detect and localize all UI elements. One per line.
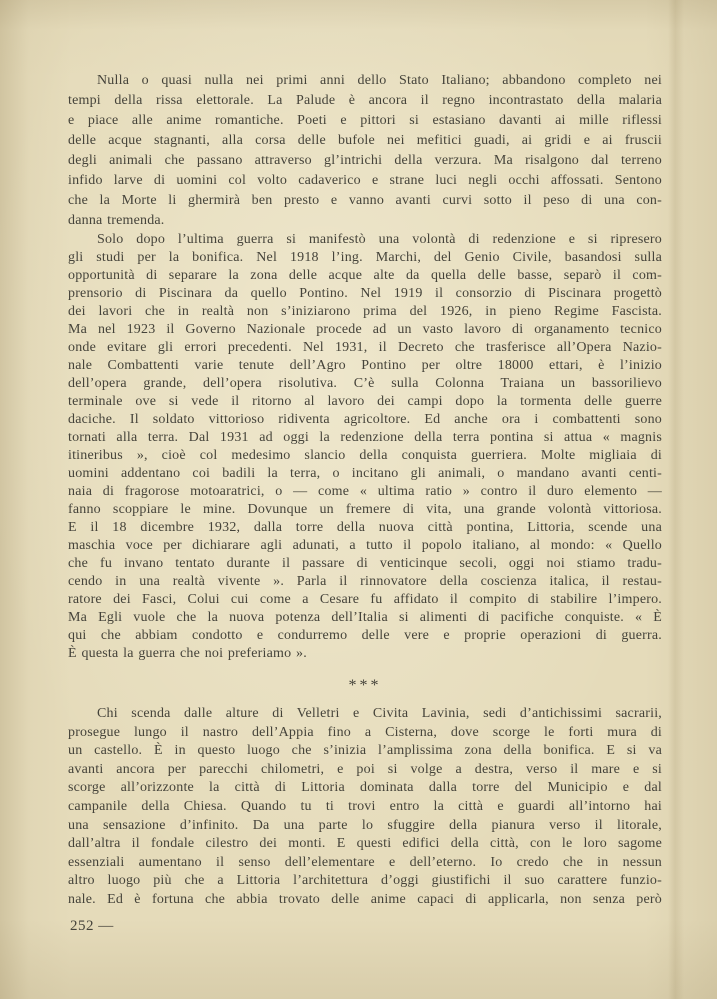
text-line: dell’opera grande, dell’opera risolutiva… [68,375,662,393]
text-line: uomini addentano coi badili la terra, o … [68,465,662,483]
text-block: Nulla o quasi nulla nei primi anni dello… [68,71,662,910]
text-line: che la Morte li ghermirà ben presto e va… [68,191,662,211]
text-line: opportunità di separare la zona delle ac… [68,267,662,285]
scanned-book-page: { "page": { "number_label": "252 —", "se… [0,0,717,999]
text-line: Solo dopo l’ultima guerra si manifestò u… [68,231,662,249]
text-line: essenziali aumentano il senso dell’eleme… [68,854,662,873]
text-line: che fu invano tentato durante il passare… [68,555,662,573]
text-line: Ma Egli vuole che la nuova potenza dell’… [68,609,662,627]
paragraph-bonifica-history: Solo dopo l’ultima guerra si manifestò u… [68,231,662,663]
paragraph-littoria-landscape: Chi scenda dalle alture di Velletri e Ci… [68,705,662,910]
page-crease-shadow [668,0,684,999]
text-line: una sensazione d’infinito. Da una parte … [68,817,662,836]
text-line: dall’altra il fondale cilestro dei monti… [68,835,662,854]
text-line: itineribus », cioè col medesimo slancio … [68,447,662,465]
text-line: avanti ancora per parecchi chilometri, e… [68,761,662,780]
text-line: scorge all’orizzonte la città di Littori… [68,779,662,798]
text-line: dei lavori che in realtà non s’iniziaron… [68,303,662,321]
text-line: campanile della Chiesa. Quando tu ti tro… [68,798,662,817]
text-line: nale. Ed è fortuna che abbia trovato del… [68,891,662,910]
text-line: danna tremenda. [68,211,662,231]
text-line: nale Combattenti varie tenute dell’Agro … [68,357,662,375]
text-line: Chi scenda dalle alture di Velletri e Ci… [68,705,662,724]
text-line: prensorio di Piscinara da quello Pontino… [68,285,662,303]
page-number: 252 — [70,918,114,935]
text-line: cendo in una realtà vivente ». Parla il … [68,573,662,591]
text-line: naia di fragorose motoaratrici, o — come… [68,483,662,501]
text-line: È questa la guerra che noi preferiamo ». [68,645,662,663]
text-line: un castello. È in questo luogo che s’ini… [68,742,662,761]
text-line: qui che abbiam condotto e condurremo del… [68,627,662,645]
text-line: daciche. Il soldato vittorioso ridiventa… [68,411,662,429]
text-line: infido larve di uomini col volto cadaver… [68,171,662,191]
text-line: tornati alla terra. Dal 1931 ad oggi la … [68,429,662,447]
paragraph-intro-palude: Nulla o quasi nulla nei primi anni dello… [68,71,662,231]
text-line: e piace alle anime romantiche. Poeti e p… [68,111,662,131]
text-line: E il 18 dicembre 1932, dalla torre della… [68,519,662,537]
text-line: ratore dei Fasci, Colui cui come a Cesar… [68,591,662,609]
text-line: altro luogo più che a Littoria l’archite… [68,872,662,891]
section-separator-asterisks: *** [68,676,662,696]
text-line: onde evitare gli errori precedenti. Nel … [68,339,662,357]
text-line: Ma nel 1923 il Governo Nazionale procede… [68,321,662,339]
text-line: prosegue lungo il nastro dell’Appia fino… [68,724,662,743]
text-line: fanno scoppiare le mine. Dovunque un fre… [68,501,662,519]
text-line: Nulla o quasi nulla nei primi anni dello… [68,71,662,91]
text-line: degli animali che passano attraverso gl’… [68,151,662,171]
text-line: delle acque stagnanti, alla corsa delle … [68,131,662,151]
text-line: gli studi per la bonifica. Nel 1918 l’in… [68,249,662,267]
text-line: terminale ove si vede il ritorno al lavo… [68,393,662,411]
text-line: tempi della rissa elettorale. La Palude … [68,91,662,111]
text-line: maschia voce per dichiarare agli adunati… [68,537,662,555]
